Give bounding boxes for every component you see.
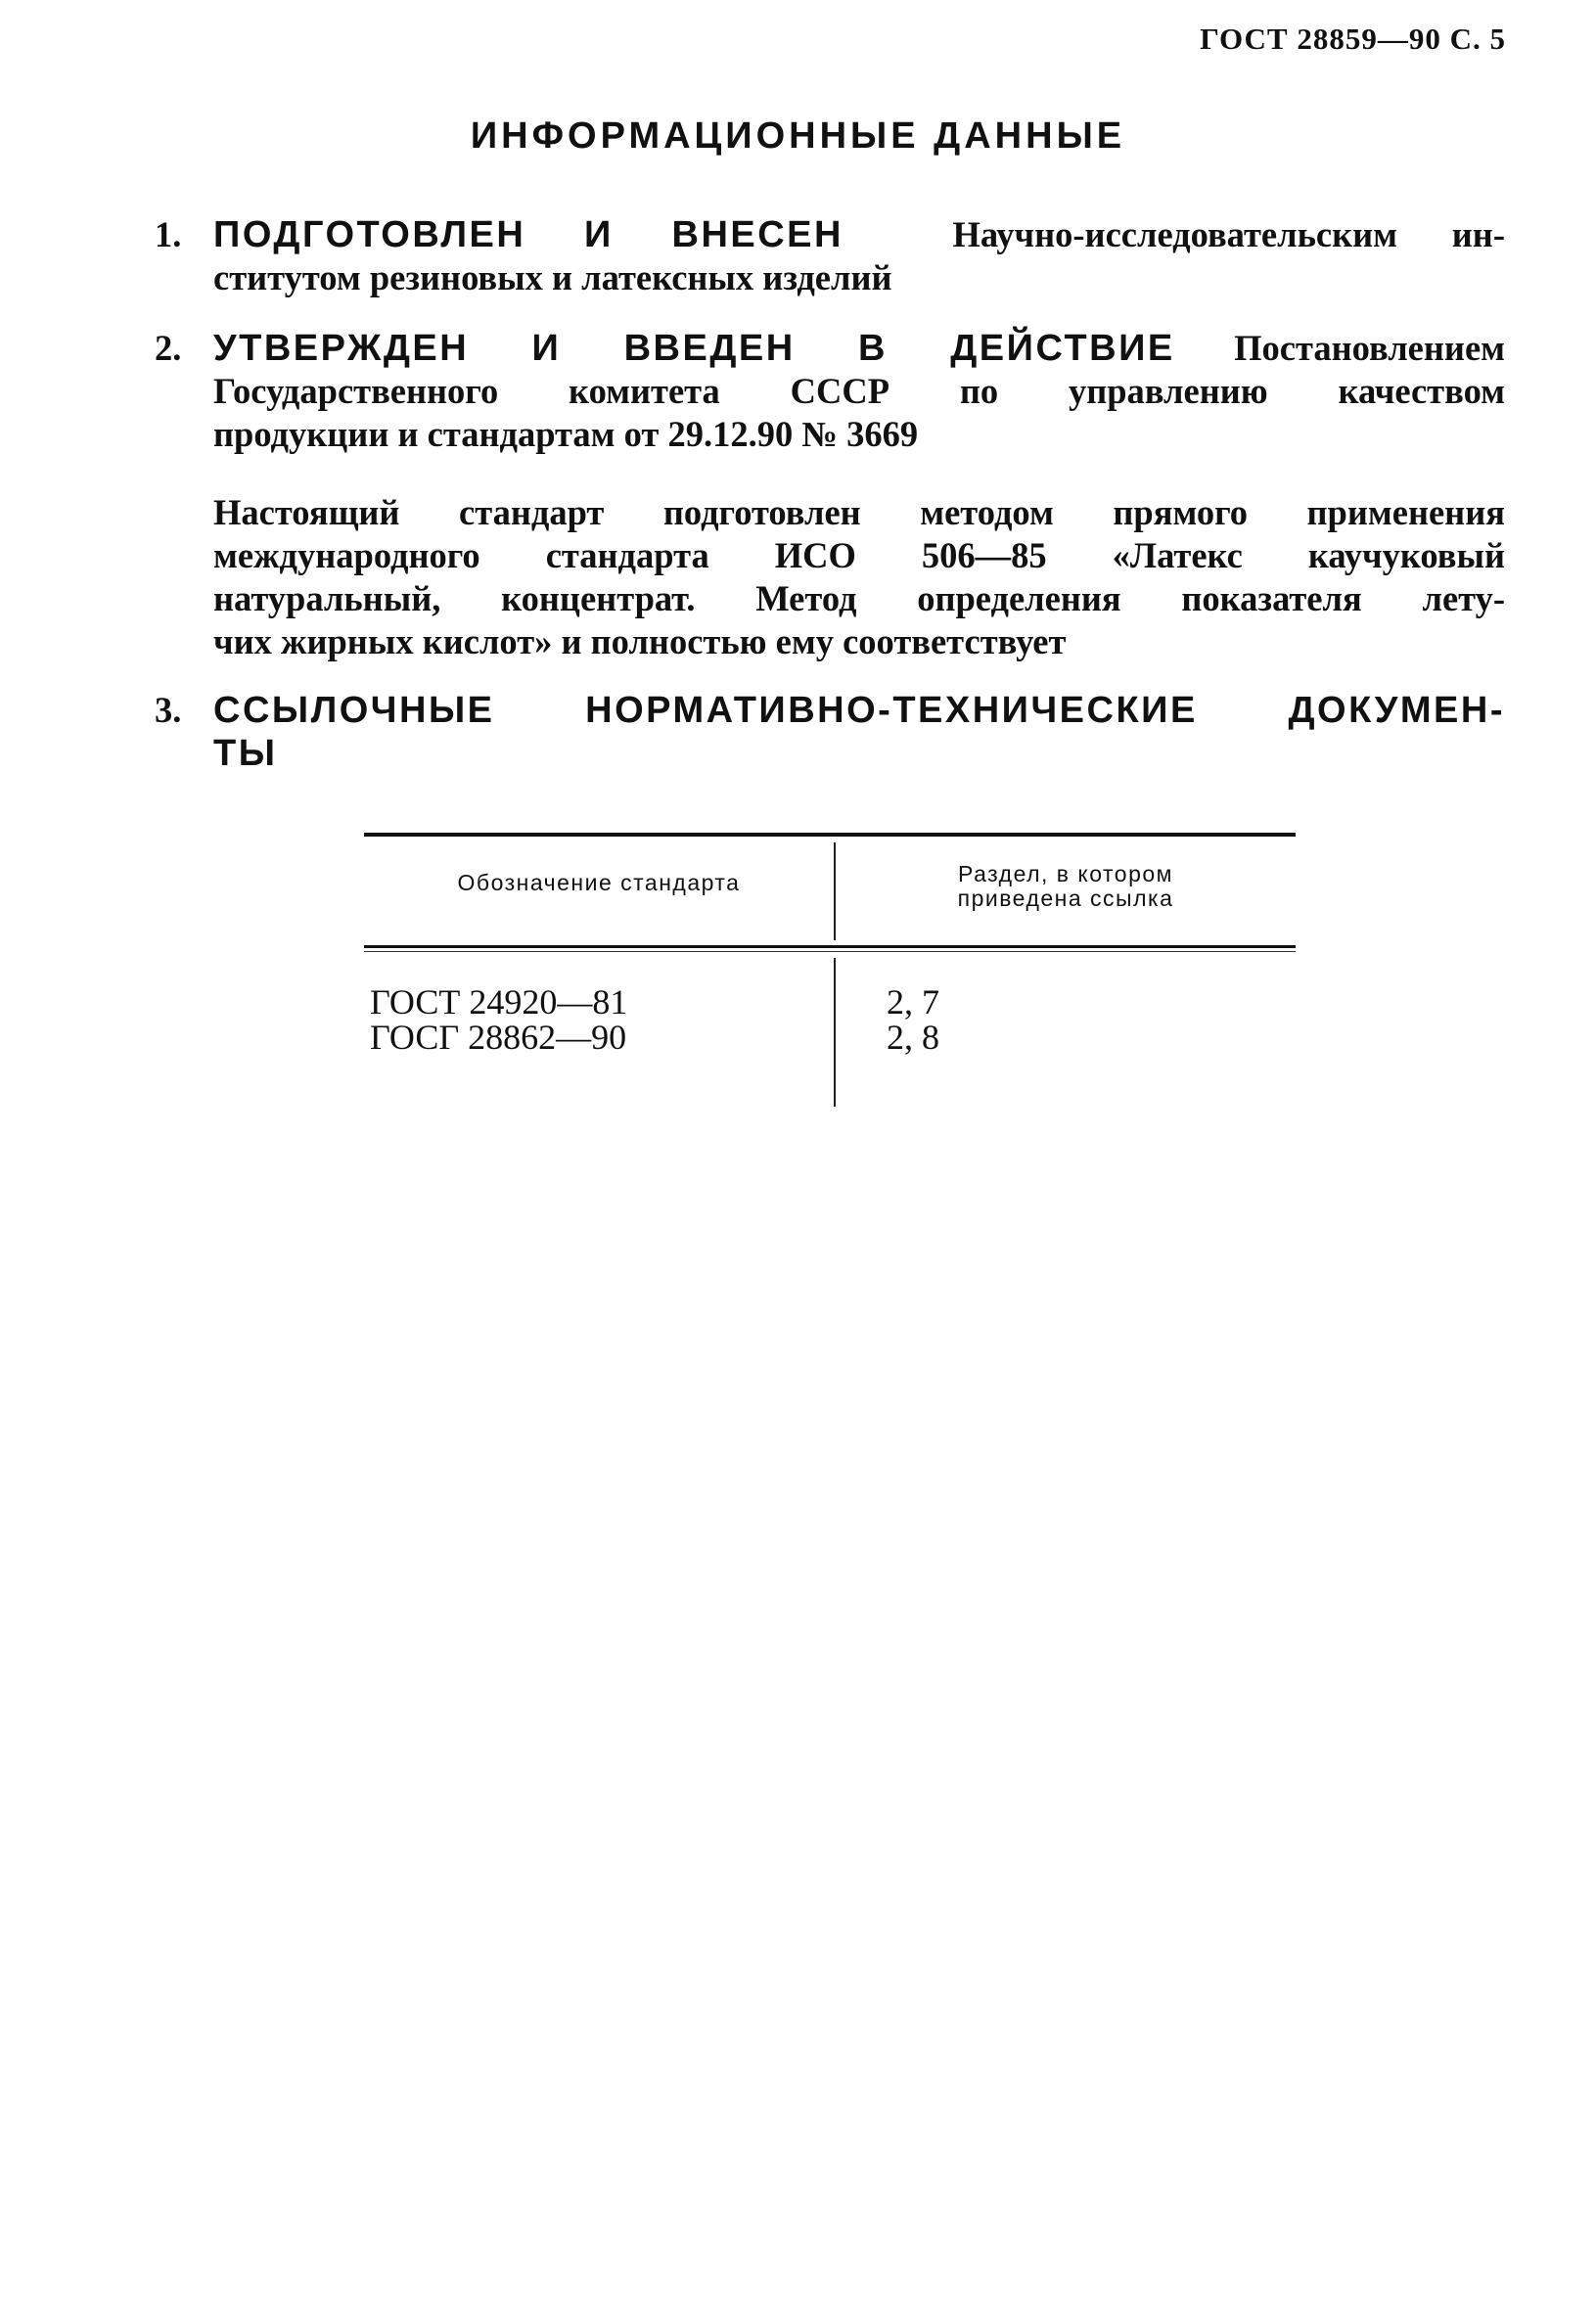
column-header-standard: Обозначение стандарта (364, 870, 834, 896)
item-text: Научно-исследовательским ин- (952, 214, 1505, 254)
note-line: Настоящий стандарт подготовлен методом п… (213, 491, 1505, 534)
section-column: 2, 7 2, 8 (887, 984, 939, 1055)
item-line: УТВЕРЖДЕН И ВВЕДЕН В ДЕЙСТВИЕ Постановле… (213, 327, 1505, 370)
item-number: 2. (155, 327, 209, 370)
item-heading: ТЫ (213, 732, 1505, 775)
item-heading: УТВЕРЖДЕН И ВВЕДЕН В ДЕЙСТВИЕ (213, 328, 1175, 369)
item-heading: ПОДГОТОВЛЕН И ВНЕСЕН (213, 214, 844, 255)
standard-column: ГОСТ 24920—81 ГОСГ 28862—90 (370, 984, 627, 1055)
page-title: ИНФОРМАЦИОННЫЕ ДАННЫЕ (0, 115, 1596, 158)
table-cell-standard: ГОСГ 28862—90 (370, 1020, 627, 1055)
standard-note: Настоящий стандарт подготовлен методом п… (213, 491, 1505, 663)
item-text: Постановлением (1234, 328, 1505, 368)
item-heading: ССЫЛОЧНЫЕ НОРМАТИВНО-ТЕХНИЧЕСКИЕ ДОКУМЕН… (213, 689, 1505, 732)
page-header: ГОСТ 28859—90 С. 5 (1200, 22, 1506, 57)
item-text: продукции и стандартам от 29.12.90 № 366… (213, 413, 1505, 456)
item-number: 3. (155, 689, 209, 732)
header-line: приведена ссылка (836, 886, 1296, 911)
info-item-2: 2. УТВЕРЖДЕН И ВВЕДЕН В ДЕЙСТВИЕ Постано… (155, 327, 1505, 456)
column-divider (834, 958, 836, 1107)
item-text: Государственного комитета СССР по управл… (213, 370, 1505, 413)
info-item-1: 1. ПОДГОТОВЛЕН И ВНЕСЕН Научно-исследова… (155, 213, 1505, 299)
table-cell-standard: ГОСТ 24920—81 (370, 984, 627, 1020)
table-cell-section: 2, 7 (887, 984, 939, 1020)
column-header-section: Раздел, в котором приведена ссылка (836, 862, 1296, 911)
item-number: 1. (155, 213, 209, 256)
header-rule (364, 945, 1296, 948)
table-cell-section: 2, 8 (887, 1020, 939, 1055)
note-line: чих жирных кислот» и полностью ему соотв… (213, 620, 1505, 663)
header-rule-thin (364, 951, 1296, 952)
item-text: ститутом резиновых и латексных изделий (213, 256, 1505, 299)
header-line: Раздел, в котором (836, 862, 1296, 886)
info-item-3: 3. ССЫЛОЧНЫЕ НОРМАТИВНО-ТЕХНИЧЕСКИЕ ДОКУ… (155, 689, 1505, 775)
item-line: ПОДГОТОВЛЕН И ВНЕСЕН Научно-исследовател… (213, 213, 1505, 256)
note-line: натуральный, концентрат. Метод определен… (213, 577, 1505, 620)
table-top-rule (364, 833, 1296, 837)
note-line: международного стандарта ИСО 506—85 «Лат… (213, 534, 1505, 577)
